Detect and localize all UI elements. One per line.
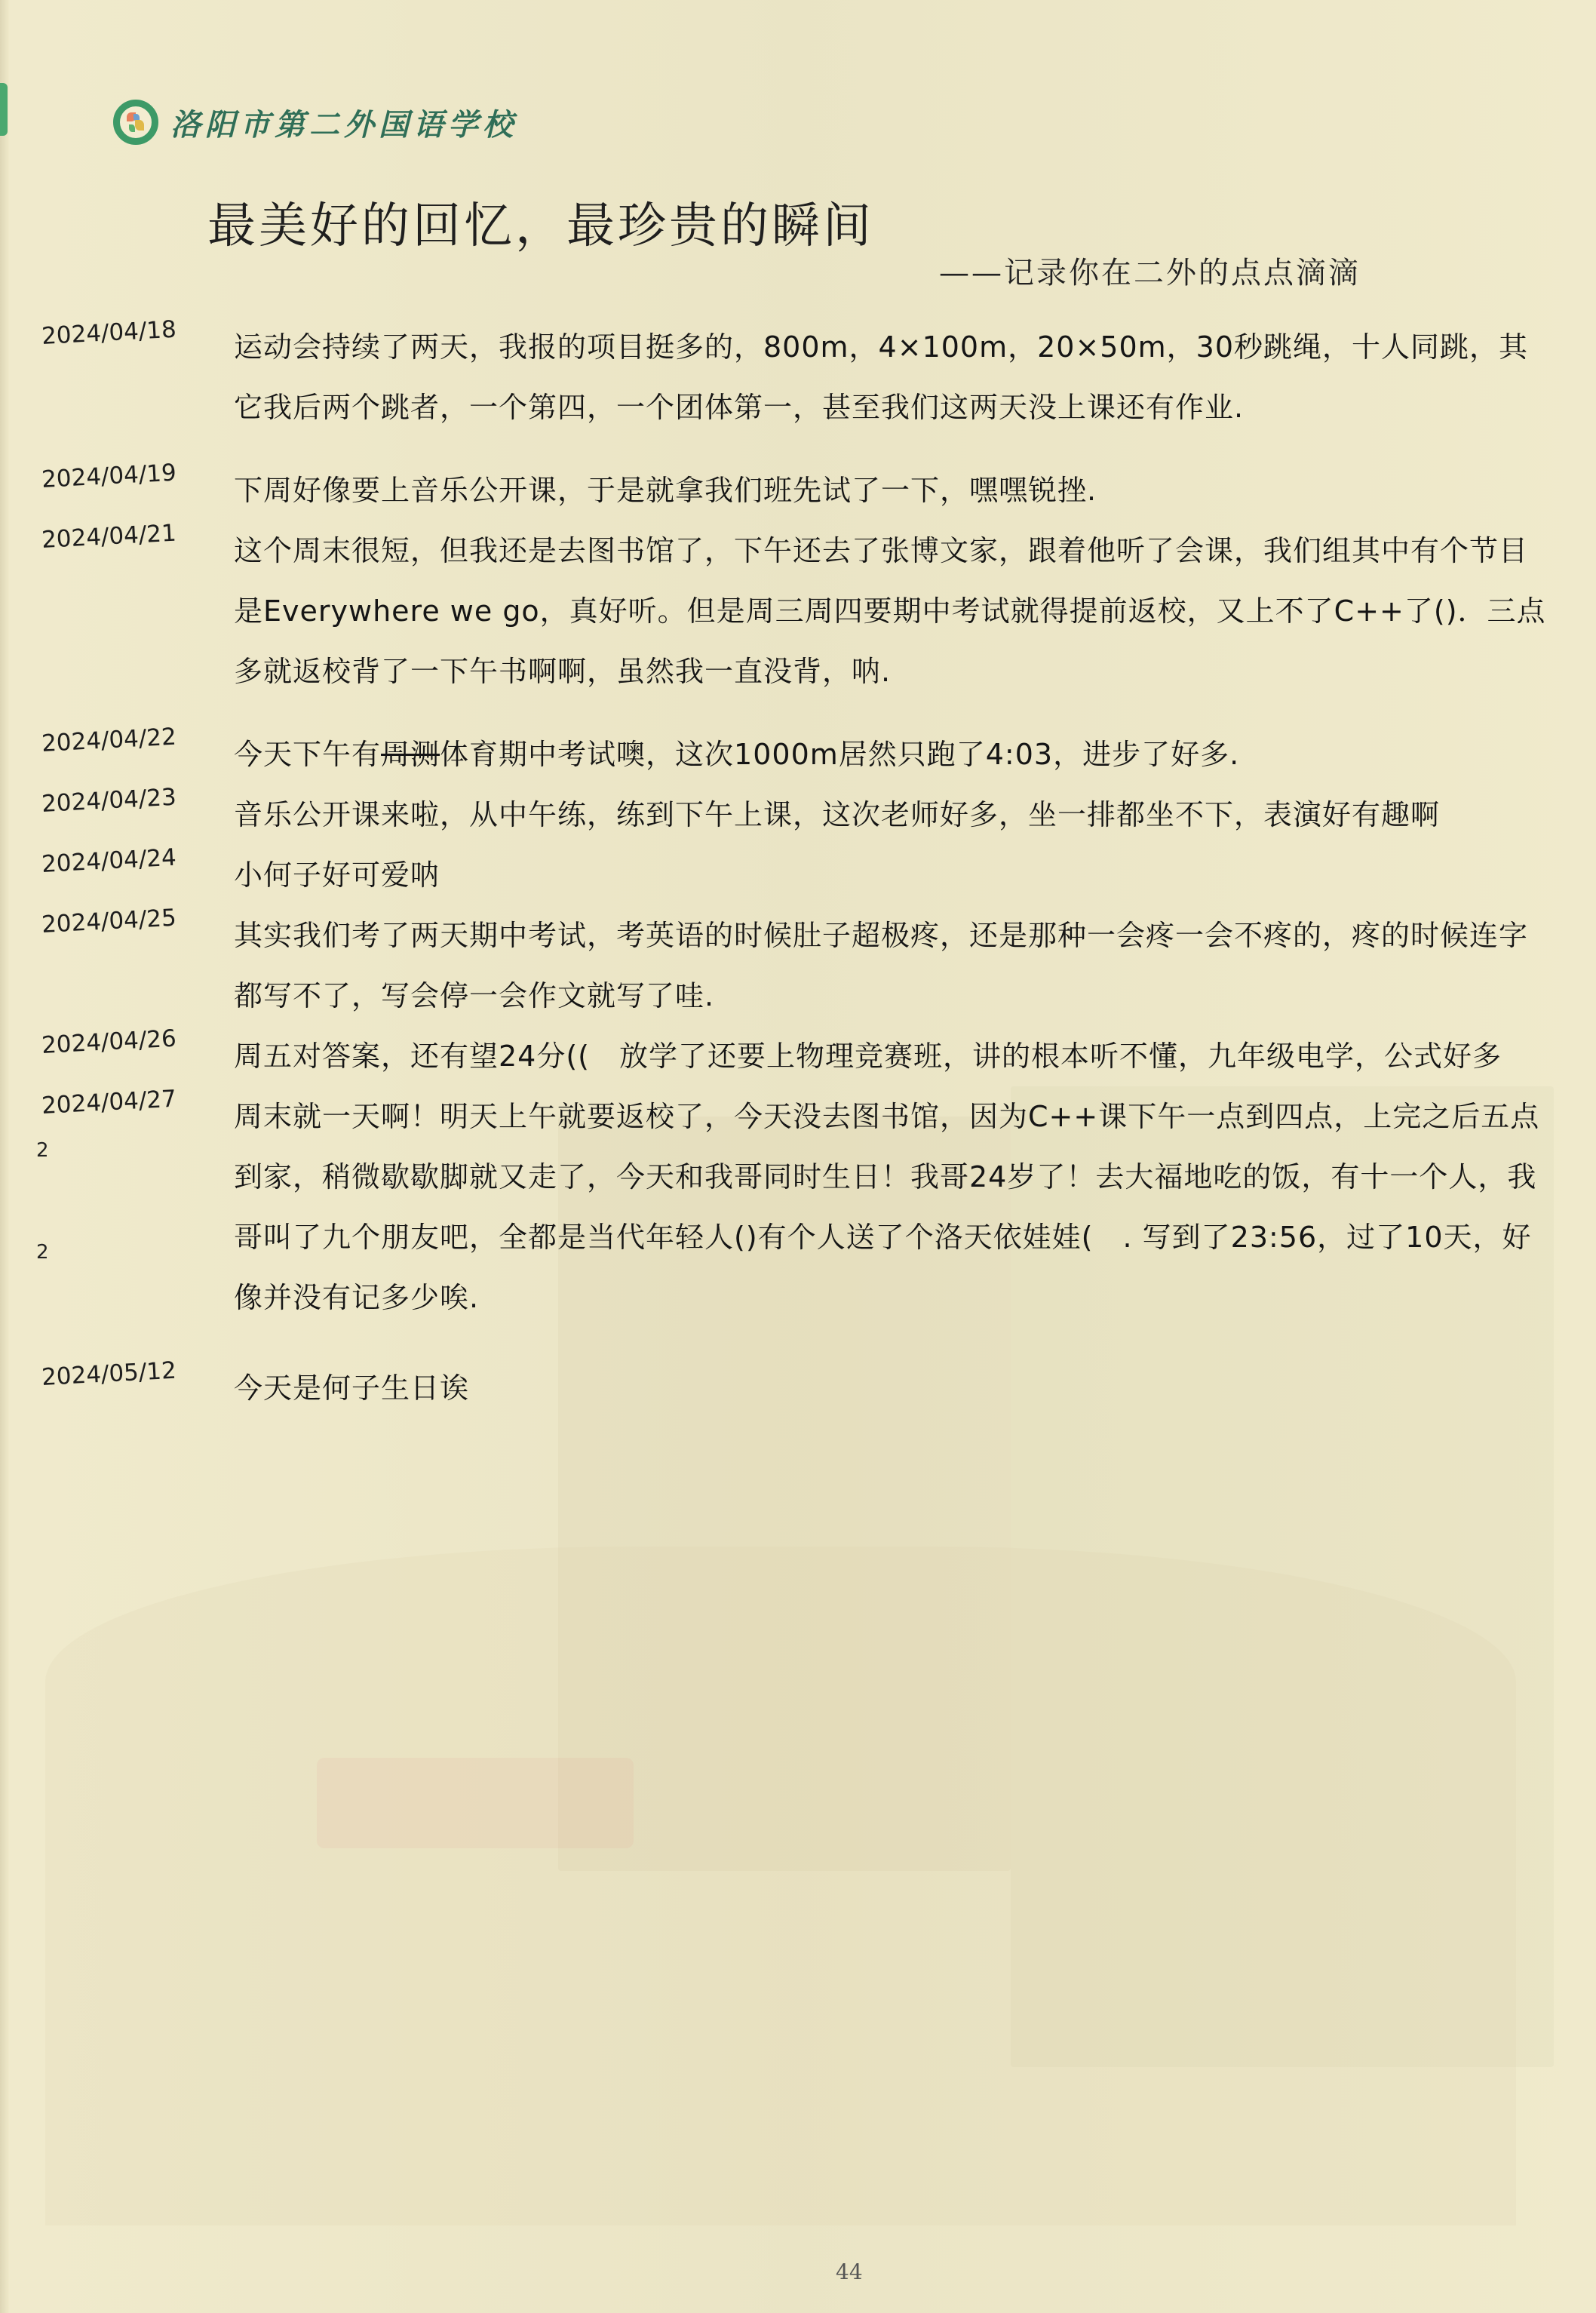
entry-date: 2024/04/18 — [41, 307, 235, 350]
entry-text: 这个周末很短，但我还是去图书馆了，下午还去了张博文家，跟着他听了会课，我们组其中… — [234, 521, 1550, 702]
entry-text: 今天是何子生日诶 — [234, 1358, 1550, 1418]
diary-entry: 2024/04/25 其实我们考了两天期中考试，考英语的时候肚子超极疼，还是那种… — [41, 905, 1550, 1026]
school-emblem-icon — [113, 100, 158, 145]
entry-text: 下周好像要上音乐公开课，于是就拿我们班先试了一下，嘿嘿锐挫. — [234, 460, 1550, 521]
diary-entry: 2024/05/12 今天是何子生日诶 — [41, 1358, 1550, 1418]
entry-date: 2024/04/19 — [41, 450, 235, 493]
entry-text: 小何子好可爱呐 — [234, 845, 1550, 905]
margin-mark: 2 — [36, 1241, 49, 1264]
diary-entry: 2024/04/27 周末就一天啊！明天上午就要返校了，今天没去图书馆，因为C+… — [41, 1086, 1550, 1328]
page-title: 最美好的回忆，最珍贵的瞬间 — [207, 187, 874, 256]
school-header: 洛阳市第二外国语学校 — [113, 100, 517, 145]
page-subtitle: ——记录你在二外的点点滴滴 — [939, 249, 1361, 292]
page-edge — [0, 0, 9, 2313]
struck-out-text: 周测 — [381, 738, 440, 771]
diary-entry: 2024/04/22 今天下午有周测体育期中考试噢，这次1000m居然只跑了4:… — [41, 724, 1550, 785]
school-name: 洛阳市第二外国语学校 — [170, 101, 517, 144]
entry-text-segment: 体育期中考试噢，这次1000m居然只跑了4:03，进步了好多. — [440, 738, 1239, 771]
entry-text-segment: 今天下午有 — [234, 738, 381, 771]
diary-entry: 2024/04/26 周五对答案，还有望24分(( 放学了还要上物理竞赛班，讲的… — [41, 1026, 1550, 1086]
entry-date: 2024/04/22 — [41, 714, 235, 757]
entry-date: 2024/05/12 — [41, 1348, 235, 1391]
diary-entry: 2024/04/18 运动会持续了两天，我报的项目挺多的，800m，4×100m… — [41, 317, 1550, 438]
entry-text: 周末就一天啊！明天上午就要返校了，今天没去图书馆，因为C++课下午一点到四点，上… — [234, 1086, 1550, 1328]
diary-entry: 2024/04/23 音乐公开课来啦，从中午练，练到下午上课，这次老师好多，坐一… — [41, 785, 1550, 845]
bleed-through-artwork — [45, 1547, 1516, 2225]
diary-entry: 2024/04/19 下周好像要上音乐公开课，于是就拿我们班先试了一下，嘿嘿锐挫… — [41, 460, 1550, 521]
entry-text: 其实我们考了两天期中考试，考英语的时候肚子超极疼，还是那种一会疼一会不疼的，疼的… — [234, 905, 1550, 1026]
diary-entry: 2024/04/21 这个周末很短，但我还是去图书馆了，下午还去了张博文家，跟着… — [41, 521, 1550, 702]
diary-entries: 2024/04/18 运动会持续了两天，我报的项目挺多的，800m，4×100m… — [41, 317, 1550, 1418]
entry-text: 今天下午有周测体育期中考试噢，这次1000m居然只跑了4:03，进步了好多. — [234, 724, 1550, 785]
green-page-tab — [0, 83, 8, 136]
diary-entry: 2024/04/24 小何子好可爱呐 — [41, 845, 1550, 905]
entry-text: 周五对答案，还有望24分(( 放学了还要上物理竞赛班，讲的根本听不懂，九年级电学… — [234, 1026, 1550, 1086]
page-number: 44 — [836, 2259, 863, 2284]
entry-text: 运动会持续了两天，我报的项目挺多的，800m，4×100m，20×50m，30秒… — [234, 317, 1550, 438]
entry-text: 音乐公开课来啦，从中午练，练到下午上课，这次老师好多，坐一排都坐不下，表演好有趣… — [234, 785, 1550, 845]
margin-mark: 2 — [36, 1139, 49, 1162]
bleed-through-artwork — [317, 1758, 634, 1848]
